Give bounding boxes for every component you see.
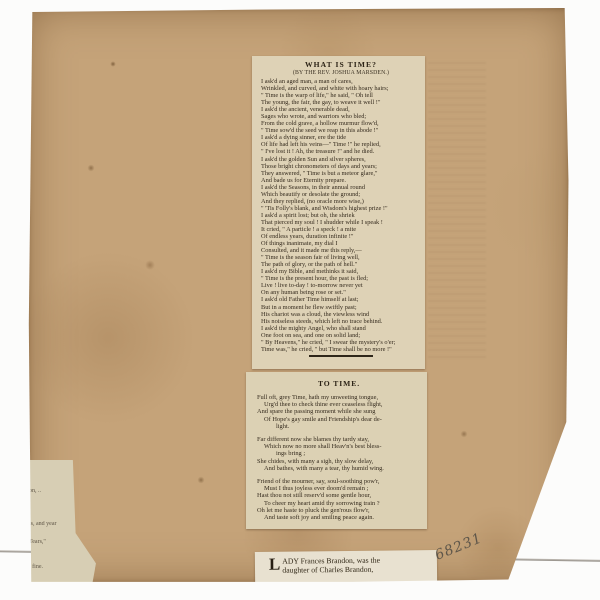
poem-stanza: Friend of the mourner, say, soul-soothin…	[257, 478, 421, 521]
poem-line: They answered, " Time is but a meteor gl…	[261, 170, 421, 177]
poem-stanza: Far different now she blames thy tardy s…	[257, 436, 421, 472]
poem-line: Hast thou not still reserv'd some gentle…	[257, 492, 421, 499]
poem-line: Live ! live to-day ! to-morrow never yet	[261, 282, 421, 289]
poem-line: Oh let me haste to pluck the gen'rous fl…	[257, 507, 421, 514]
clipping-left-fragment: on, ..ls, and yearTears,"i fine.	[28, 460, 96, 586]
poem-line: I ask'd old Father Time himself at last;	[261, 296, 421, 303]
poem-line: Must I thus joyless ever doom'd remain ;	[257, 485, 421, 492]
poem-line: I ask'd a dying sinner, ere the tide	[261, 134, 421, 141]
poem-line: ings bring ;	[257, 450, 421, 457]
clipping-text: ADY Frances Brandon, was thedaughter of …	[269, 555, 433, 575]
poem-title: WHAT IS TIME?	[261, 60, 421, 69]
poem-line: The path of glory, or the path of hell."	[261, 261, 421, 268]
poem-line: On any human being rose or set."	[261, 289, 421, 296]
poem-line: Which beautify or desolate the ground;	[261, 191, 421, 198]
poem-line: One foot on sea, and one on solid land;	[261, 332, 421, 339]
poem-line: Friend of the mourner, say, soul-soothin…	[257, 478, 421, 485]
poem-line: It cried, " A particle ! a speck ! a mit…	[261, 226, 421, 233]
poem-line: She chides, with many a sigh, thy slow d…	[257, 458, 421, 465]
poem-line: Far different now she blames thy tardy s…	[257, 436, 421, 443]
poem-line: " Time sow'd the seed we reap in this ab…	[261, 127, 421, 134]
poem-line: The young, the fair, the gay, to weave i…	[261, 99, 421, 106]
poem-line: " By Heavens," he cried, " I swear the m…	[261, 339, 421, 346]
poem-line: Wrinkled, and curved, and white with hoa…	[261, 85, 421, 92]
fragment-line: ls, and year	[28, 521, 96, 528]
clipping-line: daughter of Charles Brandon,	[269, 564, 433, 575]
poem-line: " Time is the season fair of living well…	[261, 254, 421, 261]
drop-cap: L	[269, 557, 281, 572]
poem-line: Of endless years, duration infinite !"	[261, 233, 421, 240]
pencil-inscription: 68231	[433, 530, 485, 563]
poem-line: And bathes, with many a tear, thy humid …	[257, 465, 421, 472]
poem-line: " Time is the present hour, the past is …	[261, 275, 421, 282]
poem-line: And taste soft joy and smiling peace aga…	[257, 514, 421, 521]
poem-line: From the cold grave, a hollow murmur flo…	[261, 120, 421, 127]
poem-line: light.	[257, 423, 421, 430]
poem-line: But in a moment he flew swiftly past;	[261, 304, 421, 311]
poem-line: Time was," he cried, " but Time shall be…	[261, 346, 421, 353]
scrapbook-page: WHAT IS TIME? (BY THE REV. JOSHUA MARSDE…	[28, 8, 569, 583]
poem-line: " 'Tis Folly's blank, and Wisdom's highe…	[261, 205, 421, 212]
poem-title: TO TIME.	[257, 379, 421, 388]
poem-line: Those bright chronometers of days and ye…	[261, 163, 421, 170]
fragment-line: on, ..	[28, 488, 96, 495]
ink-offset-ghost	[428, 62, 486, 362]
fragment-line: Tears,"	[28, 539, 96, 546]
poem-line: Of Hope's gay smile and Friendship's dea…	[257, 416, 421, 423]
poem-line: I ask'd the mighty Angel, who shall stan…	[261, 325, 421, 332]
poem-body: Full oft, grey Time, hath my unweeting t…	[257, 394, 421, 521]
poem-line: Which now no more shall Heav'n's best bl…	[257, 443, 421, 450]
poem-line: I ask'd the Seasons, in their annual rou…	[261, 184, 421, 191]
poem-stanza: Full oft, grey Time, hath my unweeting t…	[257, 394, 421, 430]
poem-line: His chariot was a cloud, the viewless wi…	[261, 311, 421, 318]
poem-byline: (BY THE REV. JOSHUA MARSDEN.)	[261, 70, 421, 76]
fragment-text: on, ..ls, and yearTears,"i fine.	[28, 488, 96, 571]
poem-line: And they replied, (no oracle more wise,)	[261, 198, 421, 205]
poem-line: Of life had left his veins—" Time !" he …	[261, 141, 421, 148]
clipping-lady-brandon: L ADY Frances Brandon, was thedaughter o…	[255, 550, 437, 587]
end-rule	[309, 355, 373, 357]
poem-line: To cheer my heart amid thy sorrowing tra…	[257, 500, 421, 507]
poem-line: His noiseless steeds, which left no trac…	[261, 318, 421, 325]
poem-line: And spare the passing moment while she s…	[257, 408, 421, 415]
poem-body: I ask'd an aged man, a man of cares,Wrin…	[261, 78, 421, 353]
poem-line: I ask'd my Bible, and methinks it said,	[261, 268, 421, 275]
poem-line: Sages who wrote, and warriors who bled;	[261, 113, 421, 120]
poem-line: Full oft, grey Time, hath my unweeting t…	[257, 394, 421, 401]
poem-line: Urg'd thee to check thine ever ceaseless…	[257, 401, 421, 408]
poem-line: And bade us for Eternity prepare.	[261, 177, 421, 184]
fragment-line: i fine.	[28, 564, 96, 571]
photo-backdrop: WHAT IS TIME? (BY THE REV. JOSHUA MARSDE…	[0, 0, 600, 600]
poem-line: That pierced my soul ! I shudder while I…	[261, 219, 421, 226]
poem-line: " Time is the warp of life," he said, " …	[261, 92, 421, 99]
poem-line: I ask'd a spirit lost; but oh, the shrie…	[261, 212, 421, 219]
clipping-to-time: TO TIME. Full oft, grey Time, hath my un…	[246, 372, 427, 529]
poem-line: Consulted, and it made me this reply,—	[261, 247, 421, 254]
poem-line: Of things inanimate, my dial I	[261, 240, 421, 247]
poem-line: " I've lost it ! Ah, the treasure !" and…	[261, 148, 421, 155]
poem-line: I ask'd the ancient, venerable dead,	[261, 106, 421, 113]
poem-line: I ask'd the golden Sun and silver sphere…	[261, 156, 421, 163]
clipping-what-is-time: WHAT IS TIME? (BY THE REV. JOSHUA MARSDE…	[252, 56, 425, 369]
poem-line: I ask'd an aged man, a man of cares,	[261, 78, 421, 85]
